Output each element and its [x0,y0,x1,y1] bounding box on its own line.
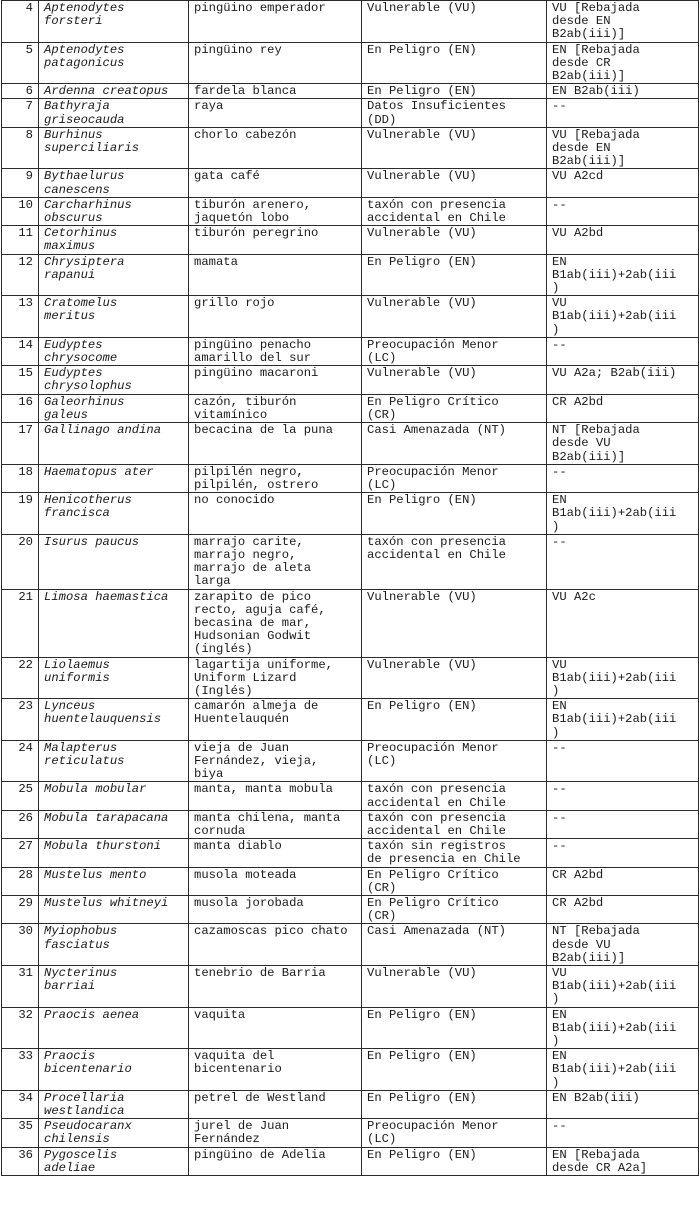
scientific-name-cell: Nycterinus barriai [39,966,189,1008]
row-number-cell: 16 [2,394,39,422]
scientific-name-cell: Eudyptes chrysocome [39,337,189,365]
classification-criteria-cell: EN [Rebajada desde CR A2a] [547,1147,699,1175]
conservation-category-cell: Vulnerable (VU) [362,657,547,699]
common-name-cell: manta, manta mobula [189,782,362,810]
row-number-cell: 12 [2,254,39,296]
conservation-category-cell: taxón con presencia accidental en Chile [362,810,547,838]
scientific-name-cell: Mobula mobular [39,782,189,810]
common-name-cell: musola moteada [189,867,362,895]
scientific-name-cell: Mustelus mento [39,867,189,895]
row-number-cell: 24 [2,740,39,782]
table-row: 4Aptenodytes forsteripingüino emperadorV… [2,1,699,43]
row-number-cell: 25 [2,782,39,810]
table-row: 28Mustelus mentomusola moteadaEn Peligro… [2,867,699,895]
row-number-cell: 8 [2,127,39,169]
row-number-cell: 9 [2,169,39,197]
common-name-cell: raya [189,99,362,127]
table-row: 30Myiophobus fasciatuscazamoscas pico ch… [2,924,699,966]
table-row: 16Galeorhinus galeuscazón, tiburón vitam… [2,394,699,422]
conservation-category-cell: En Peligro (EN) [362,42,547,84]
classification-criteria-cell: -- [547,839,699,867]
classification-criteria-cell: VU A2a; B2ab(iii) [547,366,699,394]
common-name-cell: grillo rojo [189,296,362,338]
scientific-name-cell: Isurus paucus [39,534,189,589]
common-name-cell: pingüino rey [189,42,362,84]
common-name-cell: chorlo cabezón [189,127,362,169]
table-row: 8Burhinus superciliarischorlo cabezónVul… [2,127,699,169]
scientific-name-cell: Lynceus huentelauquensis [39,699,189,741]
table-row: 15Eudyptes chrysolophuspingüino macaroni… [2,366,699,394]
conservation-category-cell: Preocupación Menor (LC) [362,740,547,782]
table-row: 9Bythaelurus canescensgata caféVulnerabl… [2,169,699,197]
scientific-name-cell: Limosa haemastica [39,589,189,657]
row-number-cell: 29 [2,896,39,924]
row-number-cell: 17 [2,423,39,465]
table-row: 23Lynceus huentelauquensiscamarón almeja… [2,699,699,741]
classification-criteria-cell: -- [547,99,699,127]
conservation-category-cell: En Peligro (EN) [362,254,547,296]
scientific-name-cell: Pygoscelis adeliae [39,1147,189,1175]
scientific-name-cell: Bathyraja griseocauda [39,99,189,127]
row-number-cell: 26 [2,810,39,838]
row-number-cell: 14 [2,337,39,365]
classification-criteria-cell: EN B1ab(iii)+2ab(iii ) [547,493,699,535]
classification-criteria-cell: VU B1ab(iii)+2ab(iii ) [547,296,699,338]
common-name-cell: vaquita [189,1007,362,1049]
classification-criteria-cell: EN [Rebajada desde CR B2ab(iii)] [547,42,699,84]
classification-criteria-cell: NT [Rebajada desde VU B2ab(iii)] [547,423,699,465]
row-number-cell: 20 [2,534,39,589]
scientific-name-cell: Malapterus reticulatus [39,740,189,782]
scientific-name-cell: Myiophobus fasciatus [39,924,189,966]
row-number-cell: 5 [2,42,39,84]
classification-criteria-cell: EN B2ab(iii) [547,1090,699,1118]
conservation-category-cell: Preocupación Menor (LC) [362,337,547,365]
table-row: 27Mobula thurstonimanta diablotaxón sin … [2,839,699,867]
conservation-category-cell: Vulnerable (VU) [362,226,547,254]
conservation-category-cell: Vulnerable (VU) [362,296,547,338]
common-name-cell: cazón, tiburón vitamínico [189,394,362,422]
row-number-cell: 11 [2,226,39,254]
scientific-name-cell: Cetorhinus maximus [39,226,189,254]
classification-criteria-cell: -- [547,464,699,492]
table-row: 19Henicotherus franciscano conocidoEn Pe… [2,493,699,535]
classification-criteria-cell: EN B1ab(iii)+2ab(iii ) [547,1049,699,1091]
classification-criteria-cell: CR A2bd [547,394,699,422]
scientific-name-cell: Mustelus whitneyi [39,896,189,924]
classification-criteria-cell: VU [Rebajada desde EN B2ab(iii)] [547,1,699,43]
table-row: 26Mobula tarapacanamanta chilena, manta … [2,810,699,838]
classification-criteria-cell: VU B1ab(iii)+2ab(iii ) [547,966,699,1008]
classification-criteria-cell: EN B1ab(iii)+2ab(iii ) [547,1007,699,1049]
scientific-name-cell: Aptenodytes patagonicus [39,42,189,84]
classification-criteria-cell: -- [547,1119,699,1147]
classification-criteria-cell: VU A2c [547,589,699,657]
row-number-cell: 30 [2,924,39,966]
row-number-cell: 33 [2,1049,39,1091]
row-number-cell: 23 [2,699,39,741]
scientific-name-cell: Praocis bicentenario [39,1049,189,1091]
conservation-category-cell: Datos Insuficientes (DD) [362,99,547,127]
table-row: 33Praocis bicentenariovaquita del bicent… [2,1049,699,1091]
classification-criteria-cell: CR A2bd [547,867,699,895]
common-name-cell: pingüino macaroni [189,366,362,394]
table-row: 13Cratomelus meritusgrillo rojoVulnerabl… [2,296,699,338]
table-row: 32Praocis aeneavaquitaEn Peligro (EN)EN … [2,1007,699,1049]
table-row: 25Mobula mobularmanta, manta mobulataxón… [2,782,699,810]
scientific-name-cell: Carcharhinus obscurus [39,197,189,225]
conservation-category-cell: Casi Amenazada (NT) [362,423,547,465]
conservation-category-cell: Preocupación Menor (LC) [362,1119,547,1147]
common-name-cell: vieja de Juan Fernández, vieja, biya [189,740,362,782]
conservation-category-cell: Vulnerable (VU) [362,966,547,1008]
table-row: 35Pseudocaranx chilensisjurel de Juan Fe… [2,1119,699,1147]
common-name-cell: lagartija uniforme, Uniform Lizard (Ingl… [189,657,362,699]
table-row: 17Gallinago andinabecacina de la punaCas… [2,423,699,465]
table-row: 20Isurus paucusmarrajo carite, marrajo n… [2,534,699,589]
conservation-category-cell: En Peligro (EN) [362,1147,547,1175]
common-name-cell: tiburón peregrino [189,226,362,254]
row-number-cell: 22 [2,657,39,699]
conservation-category-cell: En Peligro Crítico (CR) [362,867,547,895]
conservation-category-cell: En Peligro Crítico (CR) [362,394,547,422]
scientific-name-cell: Gallinago andina [39,423,189,465]
row-number-cell: 34 [2,1090,39,1118]
classification-criteria-cell: CR A2bd [547,896,699,924]
row-number-cell: 19 [2,493,39,535]
classification-criteria-cell: EN B1ab(iii)+2ab(iii ) [547,699,699,741]
table-row: 14Eudyptes chrysocomepingüino penacho am… [2,337,699,365]
row-number-cell: 6 [2,84,39,99]
conservation-category-cell: Vulnerable (VU) [362,1,547,43]
scientific-name-cell: Galeorhinus galeus [39,394,189,422]
conservation-category-cell: taxón con presencia accidental en Chile [362,534,547,589]
classification-criteria-cell: -- [547,740,699,782]
scientific-name-cell: Aptenodytes forsteri [39,1,189,43]
row-number-cell: 36 [2,1147,39,1175]
row-number-cell: 35 [2,1119,39,1147]
conservation-category-cell: En Peligro (EN) [362,1007,547,1049]
common-name-cell: pingüino de Adelia [189,1147,362,1175]
table-row: 31Nycterinus barriaitenebrio de BarriaVu… [2,966,699,1008]
common-name-cell: tenebrio de Barria [189,966,362,1008]
common-name-cell: mamata [189,254,362,296]
row-number-cell: 7 [2,99,39,127]
classification-criteria-cell: -- [547,810,699,838]
conservation-category-cell: En Peligro (EN) [362,84,547,99]
row-number-cell: 28 [2,867,39,895]
table-row: 7Bathyraja griseocaudarayaDatos Insufici… [2,99,699,127]
row-number-cell: 31 [2,966,39,1008]
table-row: 18Haematopus aterpilpilén negro, pilpilé… [2,464,699,492]
conservation-category-cell: Preocupación Menor (LC) [362,464,547,492]
scientific-name-cell: Mobula tarapacana [39,810,189,838]
conservation-category-cell: taxón con presencia accidental en Chile [362,782,547,810]
common-name-cell: becacina de la puna [189,423,362,465]
table-row: 29Mustelus whitneyimusola jorobadaEn Pel… [2,896,699,924]
conservation-category-cell: taxón con presencia accidental en Chile [362,197,547,225]
conservation-category-cell: Vulnerable (VU) [362,589,547,657]
classification-criteria-cell: EN B1ab(iii)+2ab(iii ) [547,254,699,296]
conservation-category-cell: Casi Amenazada (NT) [362,924,547,966]
classification-criteria-cell: VU B1ab(iii)+2ab(iii ) [547,657,699,699]
common-name-cell: jurel de Juan Fernández [189,1119,362,1147]
common-name-cell: musola jorobada [189,896,362,924]
species-classification-table: 4Aptenodytes forsteripingüino emperadorV… [1,0,699,1176]
common-name-cell: pilpilén negro, pilpilén, ostrero [189,464,362,492]
common-name-cell: petrel de Westland [189,1090,362,1118]
scientific-name-cell: Ardenna creatopus [39,84,189,99]
common-name-cell: marrajo carite, marrajo negro, marrajo d… [189,534,362,589]
classification-criteria-cell: VU A2bd [547,226,699,254]
table-row: 24Malapterus reticulatusvieja de Juan Fe… [2,740,699,782]
scientific-name-cell: Bythaelurus canescens [39,169,189,197]
table-row: 22Liolaemus uniformislagartija uniforme,… [2,657,699,699]
conservation-category-cell: taxón sin registros de presencia en Chil… [362,839,547,867]
table-row: 5Aptenodytes patagonicuspingüino reyEn P… [2,42,699,84]
conservation-category-cell: Vulnerable (VU) [362,169,547,197]
common-name-cell: zarapito de pico recto, aguja café, beca… [189,589,362,657]
scientific-name-cell: Cratomelus meritus [39,296,189,338]
conservation-category-cell: En Peligro Crítico (CR) [362,896,547,924]
row-number-cell: 27 [2,839,39,867]
common-name-cell: tiburón arenero, jaquetón lobo [189,197,362,225]
classification-criteria-cell: VU [Rebajada desde EN B2ab(iii)] [547,127,699,169]
conservation-category-cell: En Peligro (EN) [362,1090,547,1118]
scientific-name-cell: Procellaria westlandica [39,1090,189,1118]
common-name-cell: manta diablo [189,839,362,867]
common-name-cell: fardela blanca [189,84,362,99]
scientific-name-cell: Chrysiptera rapanui [39,254,189,296]
scientific-name-cell: Mobula thurstoni [39,839,189,867]
scientific-name-cell: Eudyptes chrysolophus [39,366,189,394]
table-row: 34Procellaria westlandicapetrel de Westl… [2,1090,699,1118]
table-row: 11Cetorhinus maximustiburón peregrinoVul… [2,226,699,254]
common-name-cell: vaquita del bicentenario [189,1049,362,1091]
row-number-cell: 32 [2,1007,39,1049]
classification-criteria-cell: -- [547,197,699,225]
conservation-category-cell: Vulnerable (VU) [362,127,547,169]
classification-criteria-cell: VU A2cd [547,169,699,197]
common-name-cell: cazamoscas pico chato [189,924,362,966]
scientific-name-cell: Praocis aenea [39,1007,189,1049]
conservation-category-cell: Vulnerable (VU) [362,366,547,394]
row-number-cell: 18 [2,464,39,492]
common-name-cell: manta chilena, manta cornuda [189,810,362,838]
classification-criteria-cell: EN B2ab(iii) [547,84,699,99]
row-number-cell: 21 [2,589,39,657]
table-row: 21Limosa haemasticazarapito de pico rect… [2,589,699,657]
common-name-cell: pingüino penacho amarillo del sur [189,337,362,365]
table-row: 10Carcharhinus obscurustiburón arenero, … [2,197,699,225]
scientific-name-cell: Pseudocaranx chilensis [39,1119,189,1147]
table-row: 6Ardenna creatopusfardela blancaEn Pelig… [2,84,699,99]
classification-criteria-cell: -- [547,337,699,365]
conservation-category-cell: En Peligro (EN) [362,699,547,741]
table-row: 36Pygoscelis adeliaepingüino de AdeliaEn… [2,1147,699,1175]
common-name-cell: camarón almeja de Huentelauquén [189,699,362,741]
row-number-cell: 4 [2,1,39,43]
scientific-name-cell: Haematopus ater [39,464,189,492]
common-name-cell: no conocido [189,493,362,535]
classification-criteria-cell: -- [547,534,699,589]
common-name-cell: gata café [189,169,362,197]
conservation-category-cell: En Peligro (EN) [362,493,547,535]
common-name-cell: pingüino emperador [189,1,362,43]
row-number-cell: 15 [2,366,39,394]
table-row: 12Chrysiptera rapanuimamataEn Peligro (E… [2,254,699,296]
scientific-name-cell: Burhinus superciliaris [39,127,189,169]
row-number-cell: 13 [2,296,39,338]
scientific-name-cell: Liolaemus uniformis [39,657,189,699]
row-number-cell: 10 [2,197,39,225]
classification-criteria-cell: -- [547,782,699,810]
classification-criteria-cell: NT [Rebajada desde VU B2ab(iii)] [547,924,699,966]
scientific-name-cell: Henicotherus francisca [39,493,189,535]
table-body: 4Aptenodytes forsteripingüino emperadorV… [2,1,699,1176]
conservation-category-cell: En Peligro (EN) [362,1049,547,1091]
